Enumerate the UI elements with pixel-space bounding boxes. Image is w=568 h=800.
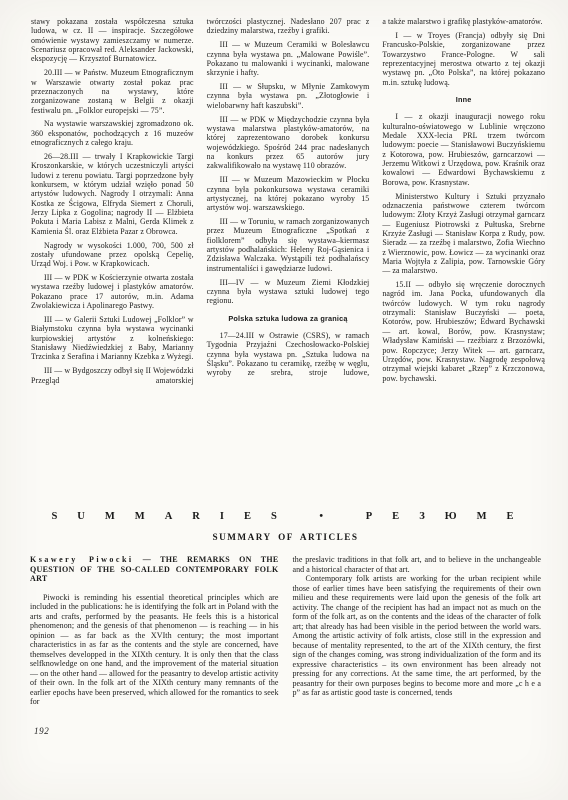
news-item: 20.III — w Państw. Muzeum Etnograficznym… xyxy=(31,68,194,115)
article-author: Ksawery Piwocki xyxy=(30,555,134,564)
news-item: III — w Bydgoszczy odbył się II Wojewódz… xyxy=(31,366,194,385)
news-item: III — w PDK w Międzychodzie czynna była … xyxy=(207,115,370,171)
section-heading-abroad: Polska sztuka ludowa za granicą xyxy=(207,314,370,323)
summary-columns: Ksawery Piwocki — THE REMARKS ON THE QUE… xyxy=(30,555,541,707)
news-item: I — w Troyes (Francja) odbyły się Dni Fr… xyxy=(382,31,545,87)
journal-page: stawy pokazana została współczesna sztuk… xyxy=(0,0,568,800)
news-item: III — w Galerii Sztuki Ludowej „Folklor”… xyxy=(31,315,194,362)
summaries-section: SUMMARIES • РЕЗЮМЕ SUMMARY OF ARTICLES K… xyxy=(30,511,541,707)
news-item: III — w Toruniu, w ramach zorganizowanyc… xyxy=(207,217,370,273)
summary-column-right: the preslavic traditions in that folk ar… xyxy=(293,555,542,707)
article-title: Ksawery Piwocki — THE REMARKS ON THE QUE… xyxy=(30,555,279,584)
summary-paragraph: Contemporary folk artists are working fo… xyxy=(293,574,542,698)
news-item: III—IV — w Muzeum Ziemi Kłodzkiej czynna… xyxy=(207,278,370,306)
news-item: stawy pokazana została współczesna sztuk… xyxy=(31,17,194,64)
summaries-subtitle: SUMMARY OF ARTICLES xyxy=(30,532,541,542)
news-item: I — z okazji inauguracji nowego roku kul… xyxy=(382,112,545,187)
news-item: III — w Słupsku, w Młynie Zamkowym czynn… xyxy=(207,82,370,110)
news-item: 15.II — odbyło się wręczenie dorocznych … xyxy=(382,280,545,383)
chronicle-section: stawy pokazana została współczesna sztuk… xyxy=(31,17,545,389)
news-item: Nagrody w wysokości 1.000, 700, 500 zł z… xyxy=(31,241,194,269)
news-item: 26—28.III — trwały I Krapkowickie Targi … xyxy=(31,152,194,236)
chronicle-column-2: twórczości plastycznej. Nadesłano 207 pr… xyxy=(207,17,370,389)
page-number: 192 xyxy=(34,726,49,736)
section-heading-other: Inne xyxy=(382,95,545,104)
summary-paragraph: the preslavic traditions in that folk ar… xyxy=(293,555,542,574)
news-item: III — w Muzeum Mazowieckim w Płocku czyn… xyxy=(207,175,370,212)
summary-column-left: Ksawery Piwocki — THE REMARKS ON THE QUE… xyxy=(30,555,279,707)
summaries-banner: SUMMARIES • РЕЗЮМЕ xyxy=(30,511,541,522)
news-item: twórczości plastycznej. Nadesłano 207 pr… xyxy=(207,17,370,36)
news-item: Ministerstwo Kultury i Sztuki przyznało … xyxy=(382,192,545,276)
news-item: 17—24.III w Ostrawie (CSRS), w ramach Ty… xyxy=(207,331,370,378)
news-item: a także malarstwo i grafikę plastyków-am… xyxy=(382,17,545,26)
news-item: III — w PDK w Kościerzynie otwarta zosta… xyxy=(31,273,194,310)
chronicle-column-3: a także malarstwo i grafikę plastyków-am… xyxy=(382,17,545,389)
news-item: III — w Muzeum Ceramiki w Bolesławcu czy… xyxy=(207,40,370,77)
summary-paragraph: Piwocki is reminding his essential theor… xyxy=(30,593,279,707)
news-item: Na wystawie warszawskiej zgromadzono ok.… xyxy=(31,119,194,147)
chronicle-column-1: stawy pokazana została współczesna sztuk… xyxy=(31,17,194,389)
